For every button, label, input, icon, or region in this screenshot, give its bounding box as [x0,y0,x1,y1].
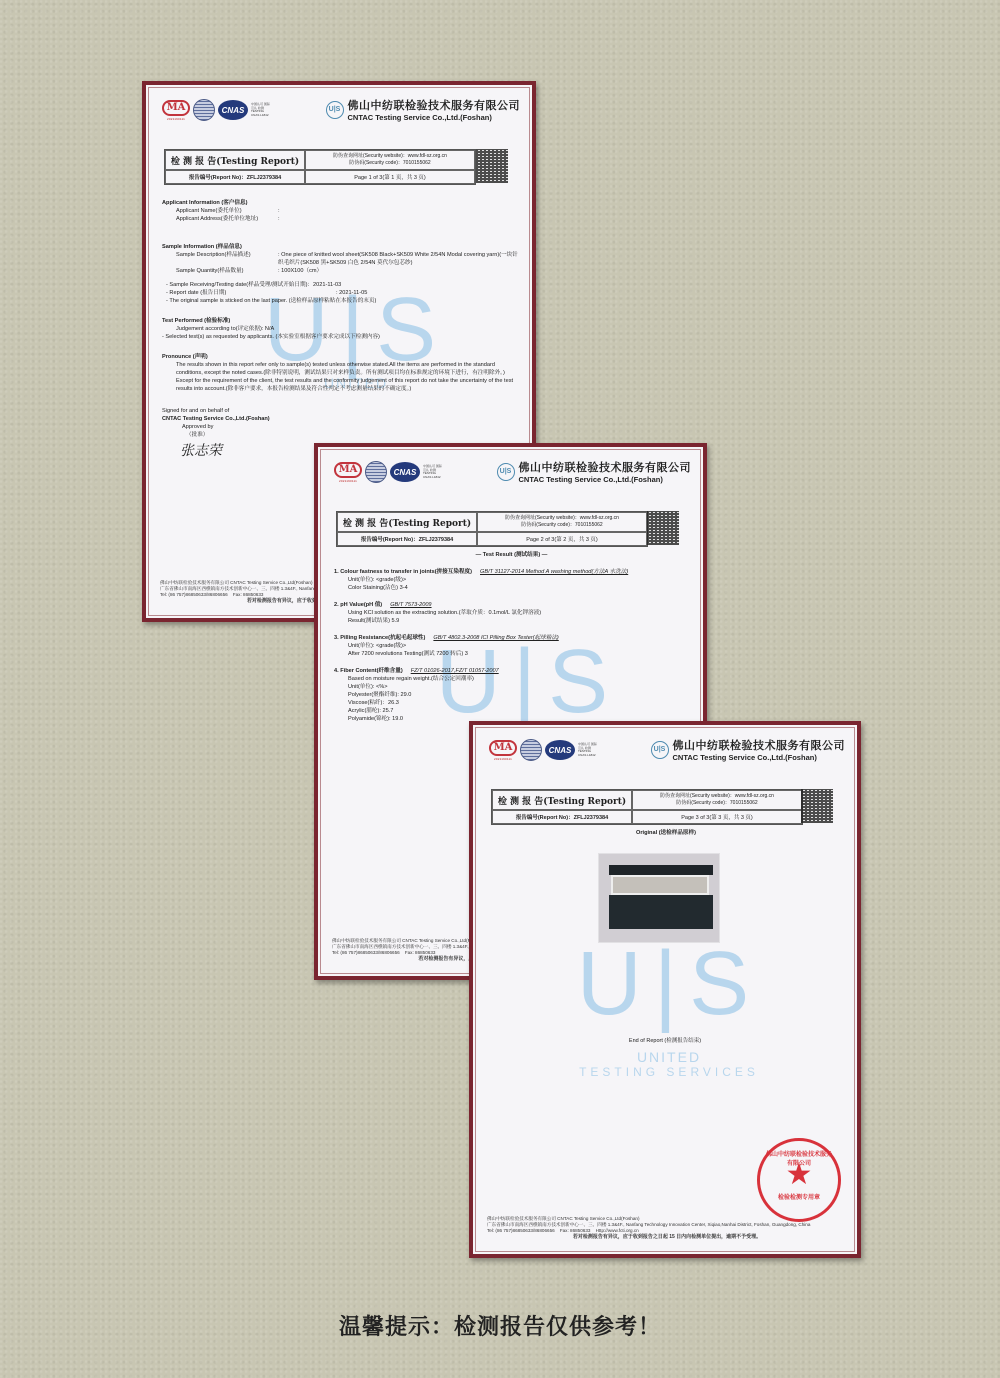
test-title: 2. pH Value(pH 值) [334,602,382,608]
company-block: U|S 佛山中纺联检验技术服务有限公司 CNTAC Testing Servic… [326,97,521,122]
test-standard: FZ/T 01026-2017,FZ/T 01057-2007 [411,668,499,674]
page-number: Page 2 of 3(第 2 页，共 3 页) [477,532,647,546]
company-seal-stamp: 佛山中纺联检验技术服务有限公司 ★ 检验检测专用章 [757,1138,841,1222]
sample-description: : One piece of knitted wool sheet(SK508 … [278,251,518,267]
test-line: Unit(单位): <grade(级)> [334,576,689,584]
sample-title: Sample Information (样品信息) [162,243,518,251]
original-note: - The original sample is sticked on the … [166,297,518,305]
report-page-3: MA2021190111 CNAS 中国认可 国际互认 检测 TESTING C… [469,721,861,1258]
pronounce-title: Pronounce (声明) [162,353,518,361]
accreditation-logos: MA2021190111 CNAS 中国认可 国际互认 检测 TESTING C… [162,99,271,121]
report-header-table: 检 测 报 告(Testing Report) 防伪查询网址(Security … [491,789,803,825]
page-footer: 佛山中纺联检验技术服务有限公司 CNTAC Testing Service Co… [487,1216,847,1240]
test-standard: GB/T 7573-2009 [390,602,431,608]
test-title: 3. Pilling Resistance(抗起毛起球性) [334,635,425,641]
company-name-en: CNTAC Testing Service Co.,Ltd.(Foshan) [348,113,521,122]
ma-logo-icon: MA [489,740,517,756]
applicant-address: : [278,215,280,223]
page-1-body: Applicant Information (客户信息) Applicant N… [162,191,518,455]
ilac-mra-logo-icon [520,739,542,761]
cnas-caption: 中国认可 国际互认 检测 TESTING CNAS L1842 [251,103,271,117]
test-line: Viscose(粘纤)：26.3 [334,699,689,707]
test-results: — Test Result (测试结果) — 1. Colour fastnes… [334,551,689,723]
report-header-table: 检 测 报 告(Testing Report) 防伪查询网址(Security … [164,149,476,185]
test-standard: GB/T 4802.3-2008 ICI Pilling Box Tester(… [433,635,558,641]
accreditation-logos: MA2021190111 CNAS 中国认可 国际互认 检测 TESTING C… [489,739,598,761]
original-sample-title: Original (送检样品原样) [489,829,843,837]
uts-logo-icon: U|S [651,741,669,759]
letterhead: MA2021190111 CNAS 中国认可 国际互认 检测 TESTING C… [162,97,520,133]
test-line: Result(测试结果) 5.9 [334,617,689,625]
qr-code-icon [647,511,679,545]
page-number: Page 1 of 3(第 1 页，共 3 页) [305,170,475,184]
uts-logo-icon: U|S [326,101,344,119]
uts-watermark: U|S UNITED TESTING SERVICES [569,939,769,1079]
report-number: 报告编号(Report No)：ZFLJ2379384 [165,170,305,184]
ma-logo-icon: MA [162,100,190,116]
applicant-name: : [278,207,280,215]
ma-logo-icon: MA [334,462,362,478]
test-line: Unit(单位): <%> [334,683,689,691]
qr-code-icon [801,789,833,823]
test-performed-title: Test Performed (检验标准) [162,317,518,325]
pronounce-para-1: The results shown in this report refer o… [162,361,518,377]
page-number: Page 3 of 3(第 3 页，共 3 页) [632,810,802,824]
end-of-report: End of Report (检测报告结束) [473,1036,857,1044]
test-line: Polyester(聚酯纤维): 29.0 [334,691,689,699]
letterhead: MA2021190111 CNAS 中国认可 国际互认 检测 TESTING C… [489,737,845,773]
report-header-table: 检 测 报 告(Testing Report) 防伪查询网址(Security … [336,511,648,547]
test-title: 1. Colour fastness to transfer in joints… [334,569,472,575]
qr-code-icon [476,149,508,183]
company-block: U|S 佛山中纺联检验技术服务有限公司 CNTAC Testing Servic… [497,459,692,484]
test-line: After 7200 revolutions Testing(测试 7200 转… [334,650,689,658]
test-standard: GB/T 31127-2014 Method A washing method(… [480,569,628,575]
applicant-title: Applicant Information (客户信息) [162,199,518,207]
test-item: 1. Colour fastness to transfer in joints… [334,568,689,592]
test-line: Based on moisture regain weight.(结合公定回潮率… [334,675,689,683]
judgement: Judgement according to(评定依据): N/A [162,325,518,333]
report-title: 检 测 报 告(Testing Report) [165,150,305,170]
report-date: : 2021-11-05 [336,289,367,297]
cnas-logo-icon: CNAS [218,100,248,120]
security-info: 防伪查询网址(Security website)：www.fdl-sz.org.… [305,150,475,170]
test-result-title: — Test Result (测试结果) — [334,551,689,559]
accreditation-logos: MA2021190111 CNAS 中国认可 国际互认 检测 TESTING C… [334,461,443,483]
sample-quantity: : 100X100（cm） [278,267,322,275]
letterhead: MA2021190111 CNAS 中国认可 国际互认 检测 TESTING C… [334,459,691,495]
test-line: Acrylic(腈纶): 25.7 [334,707,689,715]
pronounce-para-2: Except for the requirement of the client… [162,377,518,393]
test-line: Using KCl solution as the extracting sol… [334,609,689,617]
ilac-mra-logo-icon [193,99,215,121]
cnas-logo-icon: CNAS [545,740,575,760]
test-item: 2. pH Value(pH 值)GB/T 7573-2009Using KCl… [334,601,689,625]
cnas-logo-icon: CNAS [390,462,420,482]
selected-tests: - Selected test(s) as requested by appli… [162,333,518,341]
test-title: 4. Fiber Content(纤维含量) [334,668,403,674]
uts-logo-icon: U|S [497,463,515,481]
test-item: 3. Pilling Resistance(抗起毛起球性)GB/T 4802.3… [334,634,689,658]
reminder-caption: 温馨提示：检测报告仅供参考！ [0,1310,1000,1341]
company-name-cn: 佛山中纺联检验技术服务有限公司 [348,97,521,113]
test-item: 4. Fiber Content(纤维含量)FZ/T 01026-2017,FZ… [334,667,689,723]
test-line: Unit(单位): <grade(级)> [334,642,689,650]
test-line: Color Staining(沾色) 3-4 [334,584,689,592]
receiving-date: - Sample Receiving/Testing date(样品受理/测试开… [166,281,518,289]
company-block: U|S 佛山中纺联检验技术服务有限公司 CNTAC Testing Servic… [651,737,846,762]
ilac-mra-logo-icon [365,461,387,483]
fabric-sample-photo [598,853,720,943]
